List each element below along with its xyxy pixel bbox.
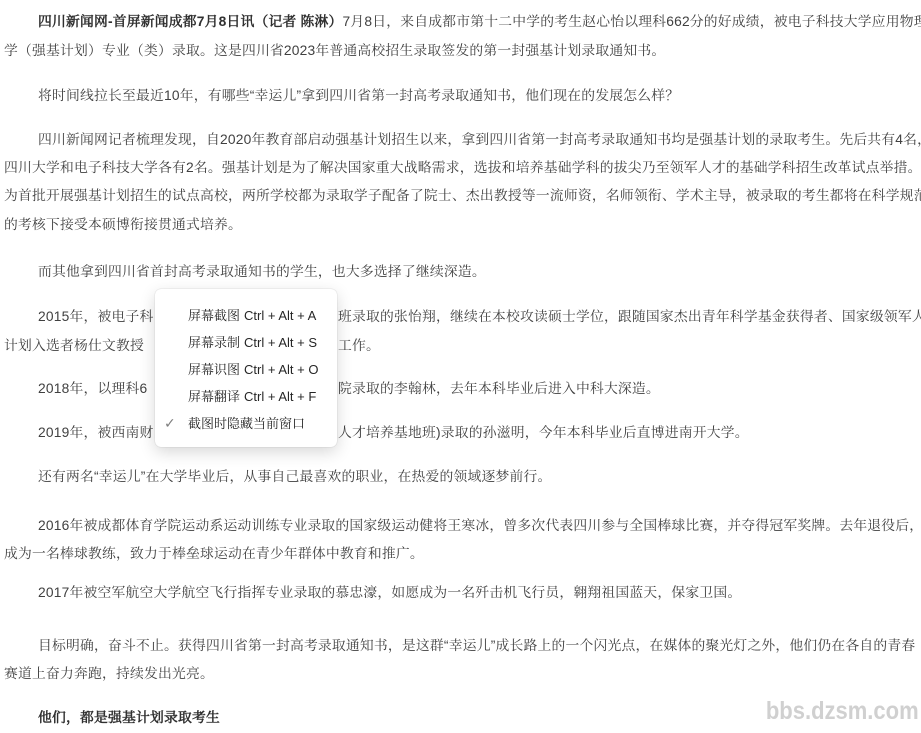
article-line-text-after-menu: 工作。 (338, 338, 380, 354)
article-line-text: 赛道上奋力奔跑，持续发出光亮。 (4, 666, 214, 681)
article-line-text: 成为一名棒球教练，致力于棒垒球运动在青少年群体中教育和推广。 (4, 546, 424, 561)
article-line: 为首批开展强基计划招生的试点高校，两所学校都为录取学子配备了院士、杰出教授等一流… (4, 188, 921, 204)
menu-item-hide-window-toggle[interactable]: ✓截图时隐藏当前窗口 (155, 410, 337, 437)
watermark: bbs.dzsm.com (766, 697, 919, 726)
check-icon: ✓ (164, 410, 176, 437)
article-line: 的考核下接受本硕博衔接贯通式培养。 (4, 217, 921, 233)
menu-item-shortcut: Ctrl + Alt + A (244, 308, 316, 323)
article-line-text: 目标明确，奋斗不止。获得四川省第一封高考录取通知书，是这群“幸运儿”成长路上的一… (38, 638, 915, 653)
menu-item-shortcut: Ctrl + Alt + F (244, 389, 316, 404)
menu-item-screen-ocr[interactable]: 屏幕识图Ctrl + Alt + O (155, 356, 337, 383)
menu-item-screen-capture[interactable]: 屏幕截图Ctrl + Alt + A (155, 302, 337, 329)
article-line: 2017年被空军航空大学航空飞行指挥专业录取的慕忠濠，如愿成为一名歼击机飞行员，… (4, 585, 921, 601)
article-line-text: 的考核下接受本硕博衔接贯通式培养。 (4, 217, 242, 232)
article-line-text: 将时间线拉长至最近10年，有哪些“幸运儿”拿到四川省第一封高考录取通知书，他们现… (38, 88, 679, 103)
article-line: 四川新闻网记者梳理发现，自2020年教育部启动强基计划招生以来，拿到四川省第一封… (4, 132, 921, 148)
article-line: 2015年，被电子科班录取的张怡翔，继续在本校攻读硕士学位，跟随国家杰出青年科学… (4, 309, 921, 325)
article-line-text-after-menu: 院录取的李翰林，去年本科毕业后进入中科大深造。 (338, 381, 660, 397)
article-line-text: 2015年，被电子科 (38, 309, 153, 324)
menu-item-screen-record[interactable]: 屏幕录制Ctrl + Alt + S (155, 329, 337, 356)
article-line: 学（强基计划）专业（类）录取。这是四川省2023年普通高校招生录取签发的第一封强… (4, 43, 921, 59)
article-line-text: 2019年，被西南财 (38, 425, 153, 440)
article-line: 成为一名棒球教练，致力于棒垒球运动在青少年群体中教育和推广。 (4, 546, 921, 562)
article-line: 目标明确，奋斗不止。获得四川省第一封高考录取通知书，是这群“幸运儿”成长路上的一… (4, 638, 921, 654)
menu-item-label: 截图时隐藏当前窗口 (188, 416, 305, 431)
article-line: 四川大学和电子科技大学各有2名。强基计划是为了解决国家重大战略需求，选拔和培养基… (4, 160, 921, 176)
article-line: 2016年被成都体育学院运动系运动训练专业录取的国家级运动健将王寒冰，曾多次代表… (4, 518, 921, 534)
article-line: 将时间线拉长至最近10年，有哪些“幸运儿”拿到四川省第一封高考录取通知书，他们现… (4, 88, 921, 104)
article-line-text: 7月8日，来自成都市第十二中学的考生赵心怡以理科662分的好成绩，被电子科技大学… (343, 14, 921, 29)
article-line-text: 为首批开展强基计划招生的试点高校，两所学校都为录取学子配备了院士、杰出教授等一流… (4, 188, 921, 203)
article-line-text: 四川大学和电子科技大学各有2名。强基计划是为了解决国家重大战略需求，选拔和培养基… (4, 160, 921, 175)
menu-item-label: 屏幕录制 (188, 335, 240, 350)
article-line: 2019年，被西南财人才培养基地班)录取的孙滋明，今年本科毕业后直博进南开大学。 (4, 425, 921, 441)
article-line: 而其他拿到四川省首封高考录取通知书的学生，也大多选择了继续深造。 (4, 264, 921, 280)
article-line: 赛道上奋力奔跑，持续发出光亮。 (4, 666, 921, 682)
menu-item-screen-translate[interactable]: 屏幕翻译Ctrl + Alt + F (155, 383, 337, 410)
article-line-bold: 四川新闻网-首屏新闻成都7月8日讯（记者 陈淋） (38, 14, 343, 29)
article-line: 计划入选者杨仕文教授工作。 (4, 338, 921, 354)
article-line-text: 计划入选者杨仕文教授 (4, 338, 144, 353)
menu-item-label: 屏幕识图 (188, 362, 240, 377)
article-line: 四川新闻网-首屏新闻成都7月8日讯（记者 陈淋）7月8日，来自成都市第十二中学的… (4, 14, 921, 30)
article-line-text-after-menu: 班录取的张怡翔，继续在本校攻读硕士学位，跟随国家杰出青年科学基金获得者、国家级领… (338, 309, 921, 325)
menu-item-label: 屏幕截图 (188, 308, 240, 323)
article-line-text: 学（强基计划）专业（类）录取。这是四川省2023年普通高校招生录取签发的第一封强… (4, 43, 665, 58)
article-line-text: 2016年被成都体育学院运动系运动训练专业录取的国家级运动健将王寒冰，曾多次代表… (38, 518, 921, 533)
menu-item-label: 屏幕翻译 (188, 389, 240, 404)
article-line-text: 2017年被空军航空大学航空飞行指挥专业录取的慕忠濠，如愿成为一名歼击机飞行员，… (38, 585, 741, 600)
article-line-text: 还有两名“幸运儿”在大学毕业后，从事自己最喜欢的职业，在热爱的领域逐梦前行。 (38, 469, 551, 484)
article-line-text-after-menu: 人才培养基地班)录取的孙滋明，今年本科毕业后直博进南开大学。 (338, 425, 749, 441)
article-line-bold: 他们，都是强基计划录取考生 (38, 710, 220, 725)
article-page: 四川新闻网-首屏新闻成都7月8日讯（记者 陈淋）7月8日，来自成都市第十二中学的… (0, 0, 921, 733)
screenshot-context-menu: 屏幕截图Ctrl + Alt + A屏幕录制Ctrl + Alt + S屏幕识图… (155, 289, 337, 447)
article-line-text: 而其他拿到四川省首封高考录取通知书的学生，也大多选择了继续深造。 (38, 264, 486, 279)
article-line: 2018年，以理科6院录取的李翰林，去年本科毕业后进入中科大深造。 (4, 381, 921, 397)
article-line: 还有两名“幸运儿”在大学毕业后，从事自己最喜欢的职业，在热爱的领域逐梦前行。 (4, 469, 921, 485)
article-line-text: 2018年，以理科6 (38, 381, 147, 396)
article-line-text: 四川新闻网记者梳理发现，自2020年教育部启动强基计划招生以来，拿到四川省第一封… (38, 132, 921, 147)
menu-item-shortcut: Ctrl + Alt + S (244, 335, 317, 350)
menu-item-shortcut: Ctrl + Alt + O (244, 362, 318, 377)
